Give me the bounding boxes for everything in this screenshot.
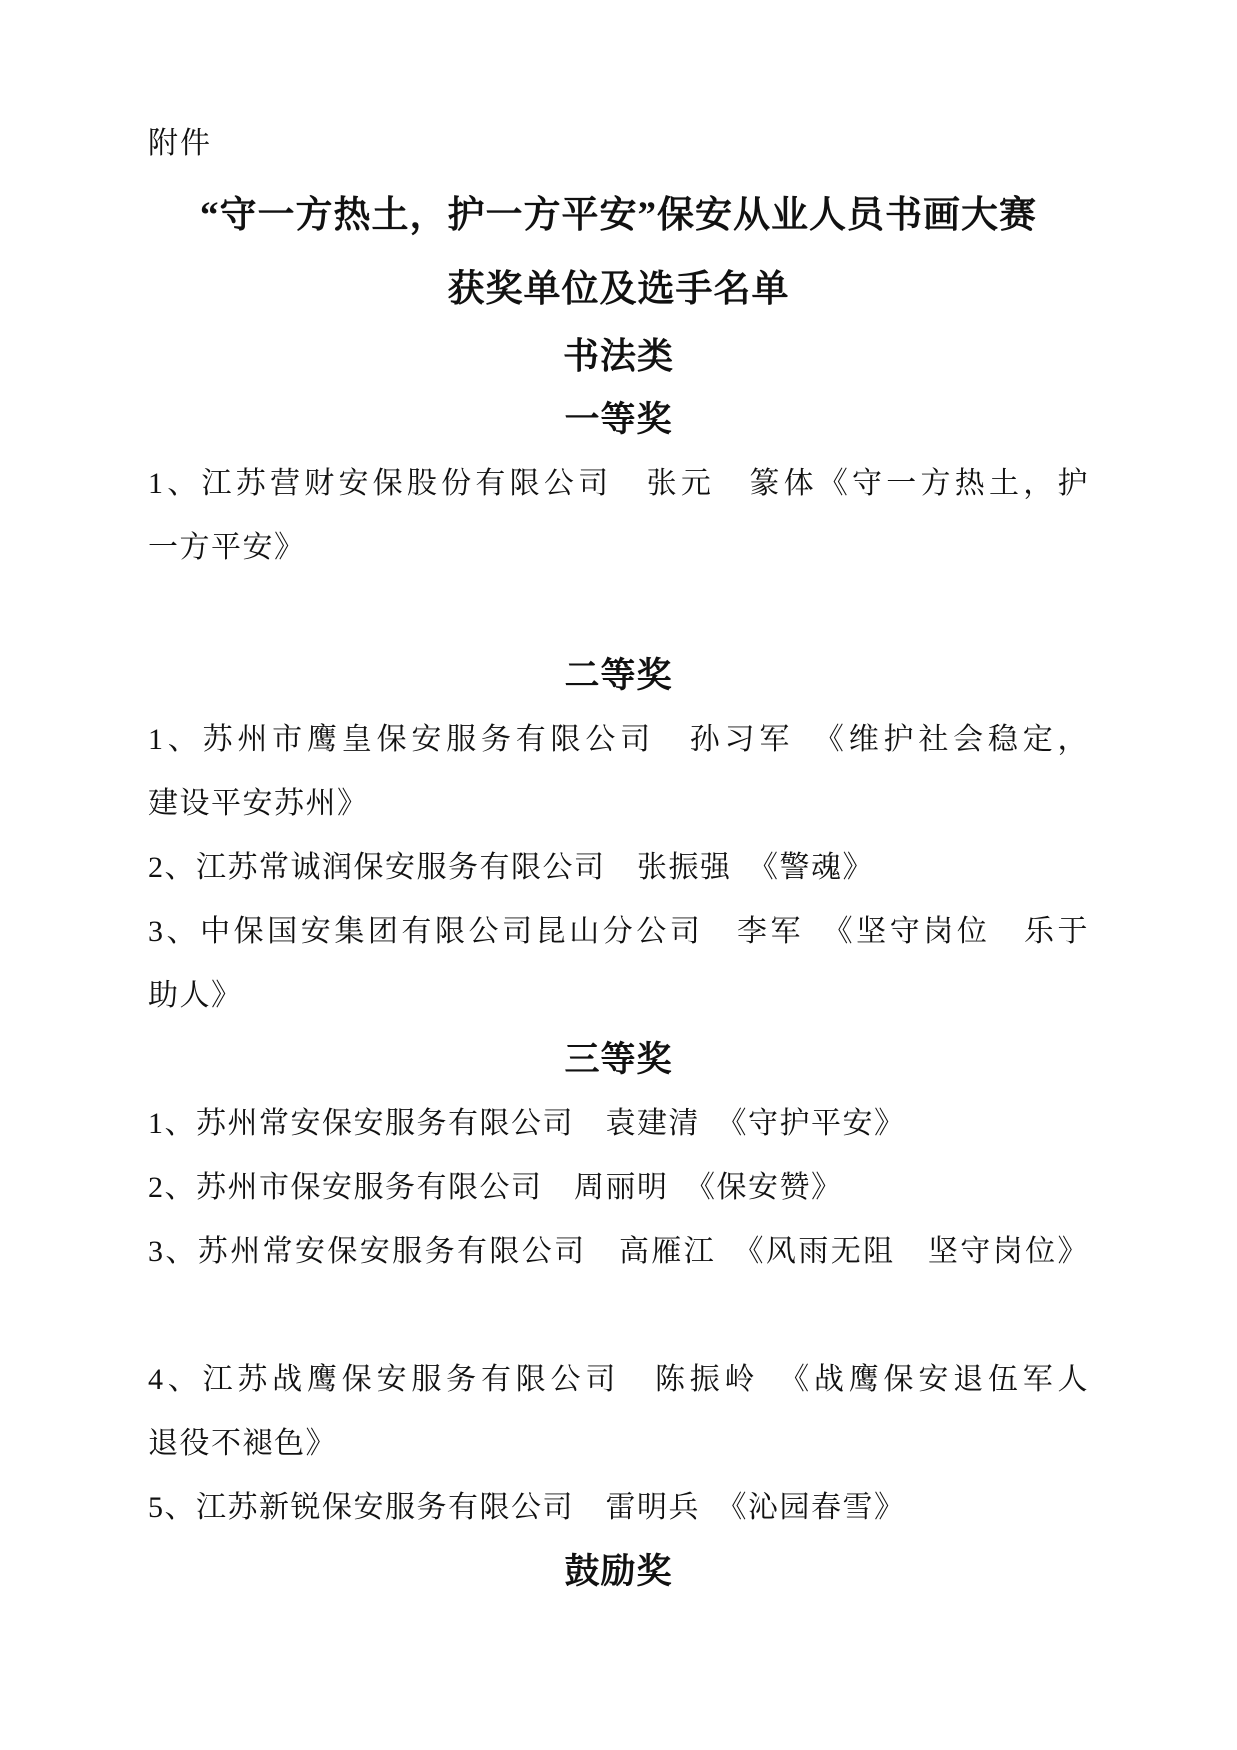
blank-line [148,580,1089,644]
winner-entry: 5、江苏新锐保安服务有限公司 雷明兵 《沁园春雪》 [148,1476,1089,1540]
winner-entry: 3、苏州常安保安服务有限公司 高雁江 《风雨无阻 坚守岗位》 [148,1220,1089,1284]
blank-line [148,1284,1089,1348]
winner-entry-continuation: 建设平安苏州》 [148,772,1089,836]
winner-entry: 4、江苏战鹰保安服务有限公司 陈振岭 《战鹰保安退伍军人 [148,1348,1089,1412]
award-heading-first-prize: 一等奖 [148,388,1089,452]
document-title-line2: 获奖单位及选手名单 [148,256,1089,324]
winner-entry: 1、江苏营财安保股份有限公司 张元 篆体《守一方热土，护 [148,452,1089,516]
document-title-line1: “守一方热土，护一方平安”保安从业人员书画大赛 [148,182,1089,250]
winner-entry-continuation: 退役不褪色》 [148,1412,1089,1476]
winner-entry: 2、江苏常诚润保安服务有限公司 张振强 《警魂》 [148,836,1089,900]
winner-entry-continuation: 一方平安》 [148,516,1089,580]
award-heading-third-prize: 三等奖 [148,1028,1089,1092]
winner-entry: 2、苏州市保安服务有限公司 周丽明 《保安赞》 [148,1156,1089,1220]
award-heading-second-prize: 二等奖 [148,644,1089,708]
winner-entry: 1、苏州市鹰皇保安服务有限公司 孙习军 《维护社会稳定， [148,708,1089,772]
attachment-label: 附件 [148,112,1089,176]
winner-entry-continuation: 助人》 [148,964,1089,1028]
category-heading-calligraphy: 书法类 [148,324,1089,388]
winner-entry: 3、中保国安集团有限公司昆山分公司 李军 《坚守岗位 乐于 [148,900,1089,964]
award-heading-encouragement-prize: 鼓励奖 [148,1540,1089,1604]
document-page: 附件 “守一方热土，护一方平安”保安从业人员书画大赛 获奖单位及选手名单 书法类… [0,0,1237,1750]
winner-entry: 1、苏州常安保安服务有限公司 袁建清 《守护平安》 [148,1092,1089,1156]
